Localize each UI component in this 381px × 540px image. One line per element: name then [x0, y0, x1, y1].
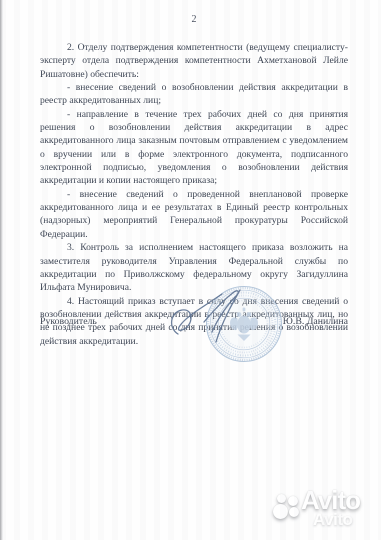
avito-logo-circle [273, 504, 288, 519]
avito-wordmark-shadow: Avito [313, 510, 352, 530]
avito-watermark: Avito Avito [273, 490, 373, 532]
avito-logo-circle [277, 494, 286, 503]
bullet-inspection-registry: - внесение сведений о проведенной внепла… [40, 188, 348, 241]
bullet-notification-dispatch: - направление в течение трех рабочих дне… [40, 108, 348, 188]
bullet-registry-entry: - внесение сведений о возобновлении дейс… [40, 81, 348, 108]
signatory-role-label: Руководитель [40, 316, 97, 327]
paragraph-item-2: 2. Отделу подтверждения компетентности (… [40, 41, 348, 81]
page-number: 2 [40, 14, 348, 25]
avito-logo-circle [288, 496, 298, 506]
scanned-document-page: 2 2. Отделу подтверждения компетентности… [0, 0, 381, 540]
signatory-name: Ю.В. Данилина [283, 316, 348, 327]
handwritten-signature [164, 282, 268, 348]
avito-wordmark: Avito [301, 485, 360, 516]
avito-logo-circle [289, 507, 299, 517]
